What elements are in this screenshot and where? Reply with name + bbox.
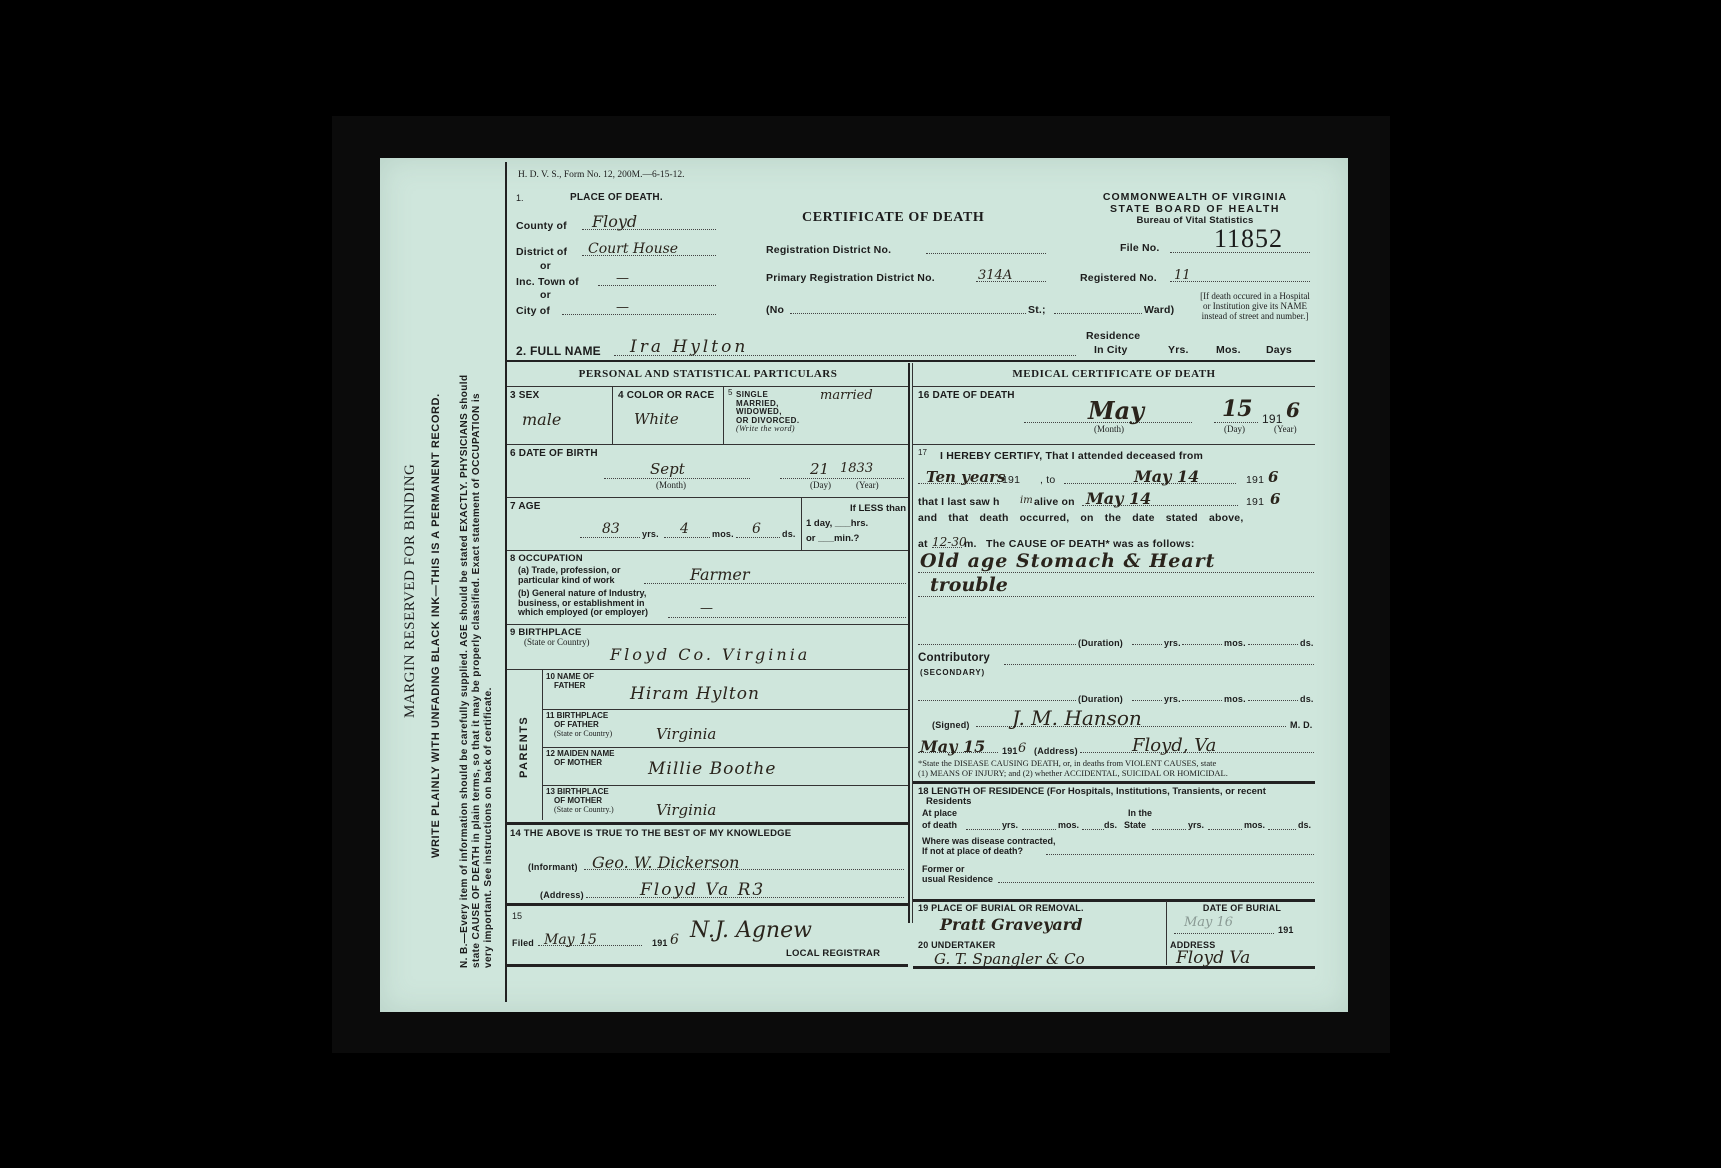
residence-heading: 18 LENGTH OF RESIDENCE (For Hospitals, I…: [918, 786, 1314, 797]
birthplace-sub-label: (State or Country): [524, 637, 590, 647]
contributory-field[interactable]: Contributory (SECONDARY): [918, 652, 1314, 682]
filed-date: May 15: [544, 932, 597, 948]
footnote-line-1: *State the DISEASE CAUSING DEATH, or, in…: [918, 758, 1314, 768]
file-number-value: 11852: [1214, 224, 1283, 254]
father-bp-label-1: 11 BIRTHPLACE: [546, 711, 906, 720]
physician-address-value: Floyd, Va: [1132, 735, 1216, 756]
informant-address-field[interactable]: (Address) Floyd Va R3: [540, 878, 904, 900]
mother-birthplace-label: 13 BIRTHPLACE OF MOTHER (State or Countr…: [546, 787, 906, 814]
race-value: White: [634, 410, 679, 428]
occ-industry-label-3: which employed (or employer): [518, 608, 648, 618]
length-of-residence-field[interactable]: 18 LENGTH OF RESIDENCE (For Hospitals, I…: [918, 786, 1314, 896]
parents-label: PARENTS: [518, 716, 530, 778]
dod-day: 15: [1222, 396, 1253, 422]
county-label: County of: [516, 220, 567, 232]
dod-month-caption: (Month): [1094, 424, 1124, 434]
informant-field[interactable]: (Informant) Geo. W. Dickerson: [528, 852, 904, 872]
death-occurred-text: and that death occurred, on the date sta…: [918, 512, 1243, 524]
contracted-label: Where was disease contracted, If not at …: [922, 836, 1056, 856]
age-days: 6: [752, 521, 761, 537]
former-label-2: usual Residence: [922, 874, 993, 884]
full-name-label: 2. FULL NAME: [516, 344, 601, 358]
father-name-value: Hiram Hylton: [630, 684, 760, 704]
burial-place-value: Pratt Graveyard: [940, 915, 1082, 934]
full-name-value: Ira Hylton: [630, 337, 748, 357]
city-label: City of: [516, 305, 550, 317]
dob-year-caption: (Year): [856, 480, 879, 490]
time-of-death-value: 12-30: [932, 535, 967, 549]
dod-year-caption: (Year): [1274, 424, 1297, 434]
less-than-line-2: 1 day, ___hrs.: [806, 516, 906, 531]
district-label: District of: [516, 246, 567, 258]
res-place-yrs: yrs.: [1002, 820, 1018, 830]
filed-label: Filed: [512, 938, 534, 948]
mother-bp-label-1: 13 BIRTHPLACE: [546, 787, 906, 796]
attended-from-year: 191: [1002, 474, 1020, 486]
true-statement-label: 14 THE ABOVE IS TRUE TO THE BEST OF MY K…: [510, 828, 906, 839]
registration-district-field[interactable]: Registration District No.: [766, 238, 1046, 256]
dob-day-caption: (Day): [810, 480, 831, 490]
age-yrs-label: yrs.: [642, 529, 659, 539]
age-label: 7 AGE: [510, 501, 800, 512]
alive-on-label: alive on: [1034, 496, 1075, 508]
city-value: —: [616, 300, 629, 315]
marital-label: SINGLE MARRIED, WIDOWED, OR DIVORCED. (W…: [736, 391, 799, 434]
county-value: Floyd: [592, 212, 637, 231]
occupation-label: 8 OCCUPATION: [510, 553, 906, 564]
last-saw-year-suffix: 6: [1270, 490, 1280, 508]
at-label: at: [918, 538, 928, 550]
cause-of-death-line-1: Old age Stomach & Heart: [920, 550, 1215, 572]
personal-heading: PERSONAL AND STATISTICAL PARTICULARS: [508, 368, 908, 380]
contributory-duration-field[interactable]: (Duration) yrs. mos. ds.: [918, 684, 1314, 704]
duration-yrs-label: yrs.: [1164, 638, 1181, 648]
occ-trade-label: (a) Trade, profession, or particular kin…: [518, 566, 621, 585]
sex-label: 3 SEX: [510, 390, 610, 401]
mother-birthplace-field[interactable]: 13 BIRTHPLACE OF MOTHER (State or Countr…: [546, 787, 906, 821]
physician-sign-date: May 15: [920, 737, 985, 756]
former-residence-label: Former or usual Residence: [922, 864, 993, 884]
birthplace-field[interactable]: 9 BIRTHPLACE (State or Country) Floyd Co…: [510, 627, 906, 667]
street-ward-label: Ward): [1144, 304, 1174, 316]
res-state-label: State: [1124, 820, 1146, 830]
duration-label: (Duration): [1078, 638, 1123, 648]
time-of-death-field[interactable]: at 12-30 m. The CAUSE OF DEATH* was as f…: [918, 528, 1314, 550]
mother-name-field[interactable]: 12 MAIDEN NAME OF MOTHER Millie Boothe: [546, 749, 906, 785]
attended-to-year-prefix: 191: [1246, 474, 1264, 486]
res-state-mos: mos.: [1244, 820, 1265, 830]
medical-heading: MEDICAL CERTIFICATE OF DEATH: [914, 368, 1314, 380]
mother-bp-label-3: (State or Country.): [546, 805, 906, 814]
race-field[interactable]: 4 COLOR OR RACE White: [618, 390, 718, 442]
mother-bp-label-2: OF MOTHER: [546, 796, 906, 805]
age-less-than-day[interactable]: If LESS than 1 day, ___hrs. or ___min.?: [806, 501, 906, 549]
marital-value: married: [820, 388, 873, 403]
burial-date-value: May 16: [1184, 915, 1233, 930]
last-saw-value: May 14: [1086, 489, 1151, 508]
birthplace-value: Floyd Co. Virginia: [610, 645, 810, 664]
registrar-signature: N.J. Agnew: [690, 918, 812, 943]
certify-text: I HEREBY CERTIFY, That I attended deceas…: [940, 450, 1203, 462]
margin-nb-line1: N. B.—Every item of information should b…: [459, 375, 470, 969]
informant-address-label: (Address): [540, 890, 584, 900]
burial-place-label: 19 PLACE OF BURIAL OR REMOVAL.: [918, 903, 1168, 913]
death-certificate: MARGIN RESERVED FOR BINDING WRITE PLAINL…: [380, 158, 1348, 1012]
district-field[interactable]: District of Court House: [516, 238, 716, 258]
res-state-ds: ds.: [1298, 820, 1311, 830]
center-divider-2: [912, 363, 913, 923]
signed-label: (Signed): [932, 720, 970, 730]
form-left-rule: [505, 162, 507, 1002]
residence-mos-label: Mos.: [1216, 344, 1241, 356]
contracted-label-2: If not at place of death?: [922, 846, 1056, 856]
father-birthplace-value: Virginia: [656, 725, 716, 743]
dob-day: 21: [810, 460, 829, 478]
residence-days-label: Days: [1266, 344, 1292, 356]
registered-number-field[interactable]: Registered No. 11: [1080, 266, 1310, 284]
marital-status-field[interactable]: 5 SINGLE MARRIED, WIDOWED, OR DIVORCED. …: [728, 390, 906, 442]
md-label: M. D.: [1290, 720, 1313, 730]
in-the-label: In the: [1128, 808, 1152, 818]
age-months: 4: [680, 521, 689, 537]
sign-year-suffix: 6: [1018, 741, 1026, 756]
duration-ds-label: ds.: [1300, 638, 1314, 648]
former-label-1: Former or: [922, 864, 993, 874]
burial-year-prefix: 191: [1278, 925, 1294, 935]
residence-label: Residence: [1086, 330, 1140, 342]
cause-of-death-field[interactable]: Old age Stomach & Heart trouble: [918, 550, 1314, 608]
father-birthplace-label: 11 BIRTHPLACE OF FATHER (State or Countr…: [546, 711, 906, 738]
occupation-field[interactable]: 8 OCCUPATION (a) Trade, profession, or p…: [510, 553, 906, 621]
file-number-label: File No.: [1120, 242, 1160, 254]
date-of-birth-field[interactable]: 6 DATE OF BIRTH Sept (Month) 21 1833 (Da…: [510, 448, 906, 498]
age-ds-label: ds.: [782, 529, 796, 539]
city-field[interactable]: City of —: [516, 297, 716, 317]
margin-nb-line2: state CAUSE OF DEATH in plain terms, so …: [471, 393, 482, 968]
sex-field[interactable]: 3 SEX male: [510, 390, 610, 442]
race-label: 4 COLOR OR RACE: [618, 390, 718, 401]
occ-trade-label-2: particular kind of work: [518, 576, 621, 586]
sex-value: male: [522, 410, 561, 429]
attended-to-value: May 14: [1134, 467, 1199, 486]
residence-heading-2: Residents: [918, 797, 1314, 807]
certificate-title: CERTIFICATE OF DEATH: [802, 210, 984, 226]
father-bp-label-2: OF FATHER: [546, 720, 906, 729]
physician-date-address-field[interactable]: May 15 191 6 (Address) Floyd, Va: [918, 732, 1314, 756]
residence-yrs-label: Yrs.: [1168, 344, 1189, 356]
undertaker-label: 20 UNDERTAKER: [918, 940, 1168, 950]
undertaker-address-value: Floyd Va: [1176, 948, 1250, 968]
physician-address-label: (Address): [1034, 746, 1078, 756]
less-than-line-3: or ___min.?: [806, 531, 906, 546]
attended-from-value: Ten years: [926, 468, 1005, 486]
attended-period-field[interactable]: Ten years 191 , to May 14 191 6: [918, 464, 1314, 486]
county-field[interactable]: County of Floyd: [516, 212, 716, 232]
res-state-yrs: yrs.: [1188, 820, 1204, 830]
footnote-line-2: (1) MEANS OF INJURY; and (2) whether ACC…: [918, 768, 1314, 778]
local-registrar-label: LOCAL REGISTRAR: [786, 948, 880, 959]
center-divider: [908, 363, 910, 923]
in-city-label: In City: [1094, 344, 1128, 356]
street-address-field[interactable]: (No St.; Ward): [766, 298, 1192, 316]
father-name-field[interactable]: 10 NAME OF FATHER Hiram Hylton: [546, 672, 906, 708]
cause-footnote: *State the DISEASE CAUSING DEATH, or, in…: [918, 758, 1314, 778]
age-field[interactable]: 7 AGE 83 yrs. 4 mos. 6 ds.: [510, 501, 800, 549]
physician-signature: J. M. Hanson: [1012, 706, 1142, 730]
cause-of-death-line-2: trouble: [930, 574, 1008, 596]
age-mos-label: mos.: [712, 529, 734, 539]
father-birthplace-field[interactable]: 11 BIRTHPLACE OF FATHER (State or Countr…: [546, 711, 906, 747]
mother-label-1: 12 MAIDEN NAME: [546, 749, 906, 758]
sign-year-prefix: 191: [1002, 746, 1018, 756]
item-15: 15: [512, 911, 522, 921]
age-years: 83: [602, 521, 620, 537]
dod-day-caption: (Day): [1224, 424, 1245, 434]
rule-under-name: [507, 360, 1315, 362]
agency-block: COMMONWEALTH OF VIRGINIA STATE BOARD OF …: [1085, 191, 1305, 226]
registration-district-label: Registration District No.: [766, 244, 891, 256]
item-number-1: 1.: [516, 193, 524, 203]
form-number: H. D. V. S., Form No. 12, 200M.—6-15-12.: [518, 170, 684, 180]
informant-value: Geo. W. Dickerson: [592, 853, 739, 872]
last-saw-year-prefix: 191: [1246, 496, 1264, 508]
agency-line-1: COMMONWEALTH OF VIRGINIA: [1085, 191, 1305, 203]
at-place-label: At place: [922, 808, 957, 818]
of-death-label: of death: [922, 820, 957, 830]
primary-registration-value: 314A: [978, 268, 1012, 283]
margin-ink-note: WRITE PLAINLY WITH UNFADING BLACK INK—TH…: [430, 393, 442, 858]
town-field[interactable]: Inc. Town of —: [516, 268, 716, 288]
physician-signature-field[interactable]: (Signed) J. M. Hanson M. D.: [918, 706, 1314, 730]
contributory-duration-label: (Duration): [1078, 694, 1123, 704]
occupation-industry-value: —: [700, 601, 713, 616]
last-saw-label: that I last saw h: [918, 496, 1000, 508]
res-place-mos: mos.: [1058, 820, 1079, 830]
last-saw-pronoun: im: [1020, 495, 1033, 506]
file-number-field[interactable]: File No. 11852: [1120, 226, 1310, 256]
residence-in-city[interactable]: Residence In City Yrs. Mos. Days: [1080, 330, 1310, 360]
duration-mos-label: mos.: [1224, 638, 1246, 648]
contributory-ds-label: ds.: [1300, 694, 1314, 704]
item-17: 17: [918, 448, 927, 457]
place-of-death-heading: PLACE OF DEATH.: [570, 192, 663, 203]
burial-place-field[interactable]: 19 PLACE OF BURIAL OR REMOVAL. Pratt Gra…: [918, 903, 1168, 939]
occ-industry-label: (b) General nature of Industry, business…: [518, 589, 648, 618]
margin-binding-text: MARGIN RESERVED FOR BINDING: [402, 464, 419, 718]
mother-name-value: Millie Boothe: [648, 759, 776, 779]
attended-to-label: , to: [1040, 474, 1055, 486]
res-place-ds: ds.: [1104, 820, 1117, 830]
hospital-note: [If death occured in a Hospital or Insti…: [1196, 291, 1314, 321]
margin-nb-line3: very important. See instructions on back…: [483, 687, 494, 968]
primary-registration-field[interactable]: Primary Registration District No. 314A: [766, 266, 1046, 284]
agency-line-2: STATE BOARD OF HEALTH: [1085, 203, 1305, 215]
primary-registration-label: Primary Registration District No.: [766, 272, 935, 284]
dod-year-suffix: 6: [1286, 398, 1300, 422]
street-no-label: (No: [766, 304, 784, 316]
dod-month: May: [1088, 396, 1144, 425]
date-of-death-field[interactable]: 16 DATE OF DEATH May (Month) 15 191 6 (D…: [918, 390, 1314, 442]
m-label: m.: [964, 538, 977, 550]
secondary-label: (SECONDARY): [920, 668, 985, 677]
registered-number-label: Registered No.: [1080, 272, 1157, 284]
full-name-field[interactable]: 2. FULL NAME Ira Hylton: [516, 336, 1076, 358]
contributory-label: Contributory: [918, 652, 990, 664]
burial-date-field[interactable]: DATE OF BURIAL May 16 191: [1170, 903, 1314, 939]
filed-year-suffix: 6: [670, 932, 679, 948]
marital-label-write: (Write the word): [736, 425, 799, 434]
father-label-1: 10 NAME OF: [546, 672, 906, 681]
registered-number-value: 11: [1174, 268, 1191, 283]
marital-item-number: 5: [728, 388, 732, 397]
burial-date-label: DATE OF BURIAL: [1170, 903, 1314, 913]
mother-birthplace-value: Virginia: [656, 801, 716, 819]
town-value: —: [616, 271, 629, 286]
primary-duration-field[interactable]: (Duration) yrs. mos. ds.: [918, 628, 1314, 648]
street-st-label: St.;: [1028, 304, 1046, 316]
dob-month-caption: (Month): [656, 480, 686, 490]
contracted-label-1: Where was disease contracted,: [922, 836, 1056, 846]
informant-label: (Informant): [528, 862, 578, 872]
contributory-yrs-label: yrs.: [1164, 694, 1181, 704]
filed-year-prefix: 191: [652, 938, 668, 948]
district-value: Court House: [588, 241, 678, 257]
last-saw-field[interactable]: that I last saw h im alive on May 14 191…: [918, 486, 1314, 508]
dob-year: 1833: [840, 461, 873, 476]
dob-label: 6 DATE OF BIRTH: [510, 448, 906, 459]
town-label: Inc. Town of: [516, 276, 579, 288]
cause-of-death-label: The CAUSE OF DEATH* was as follows:: [986, 538, 1195, 550]
father-bp-label-3: (State or Country): [546, 729, 906, 738]
attended-to-year-suffix: 6: [1268, 468, 1278, 486]
occupation-trade-value: Farmer: [690, 565, 750, 584]
contributory-mos-label: mos.: [1224, 694, 1246, 704]
informant-address-value: Floyd Va R3: [640, 880, 765, 900]
less-than-line-1: If LESS than: [806, 501, 906, 516]
dob-month: Sept: [650, 460, 685, 478]
